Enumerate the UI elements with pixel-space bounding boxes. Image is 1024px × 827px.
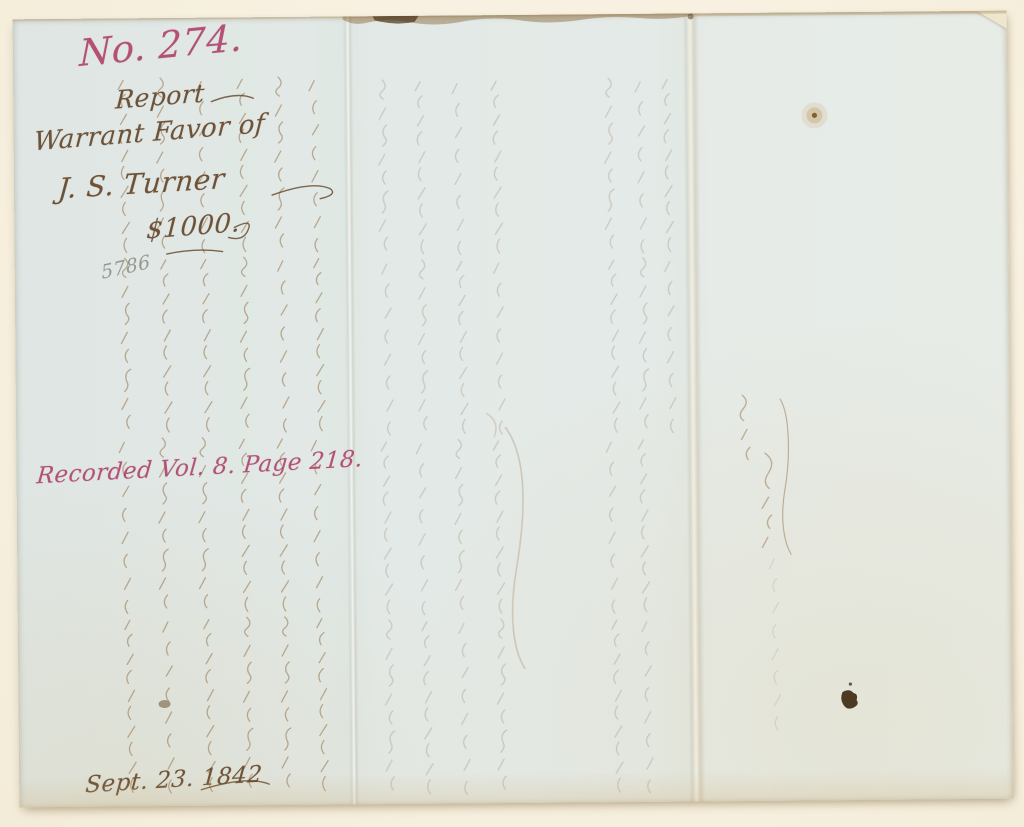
payee-name: J. S. Turner [57, 162, 226, 205]
scanned-document-page: No. 274. Report Warrant Favor of J. S. T… [0, 0, 1024, 827]
foxing-stain [801, 102, 827, 128]
report-title: Report [115, 78, 206, 114]
recorded-note: Recorded Vol. 8. Page 218. [36, 446, 364, 489]
fold-crease-left [343, 16, 360, 804]
document-paper: No. 274. Report Warrant Favor of J. S. T… [13, 11, 1014, 808]
date-note: Sept. 23. 1842 [84, 761, 263, 798]
ink-blot [841, 682, 858, 708]
document-number: No. 274. [79, 16, 243, 75]
folded-corner [977, 11, 1007, 29]
warrant-line: Warrant Favor of [33, 109, 266, 157]
amount-note: $1000. [146, 208, 242, 246]
pencil-number: 5786 [100, 251, 152, 284]
fold-crease-right [683, 13, 706, 801]
